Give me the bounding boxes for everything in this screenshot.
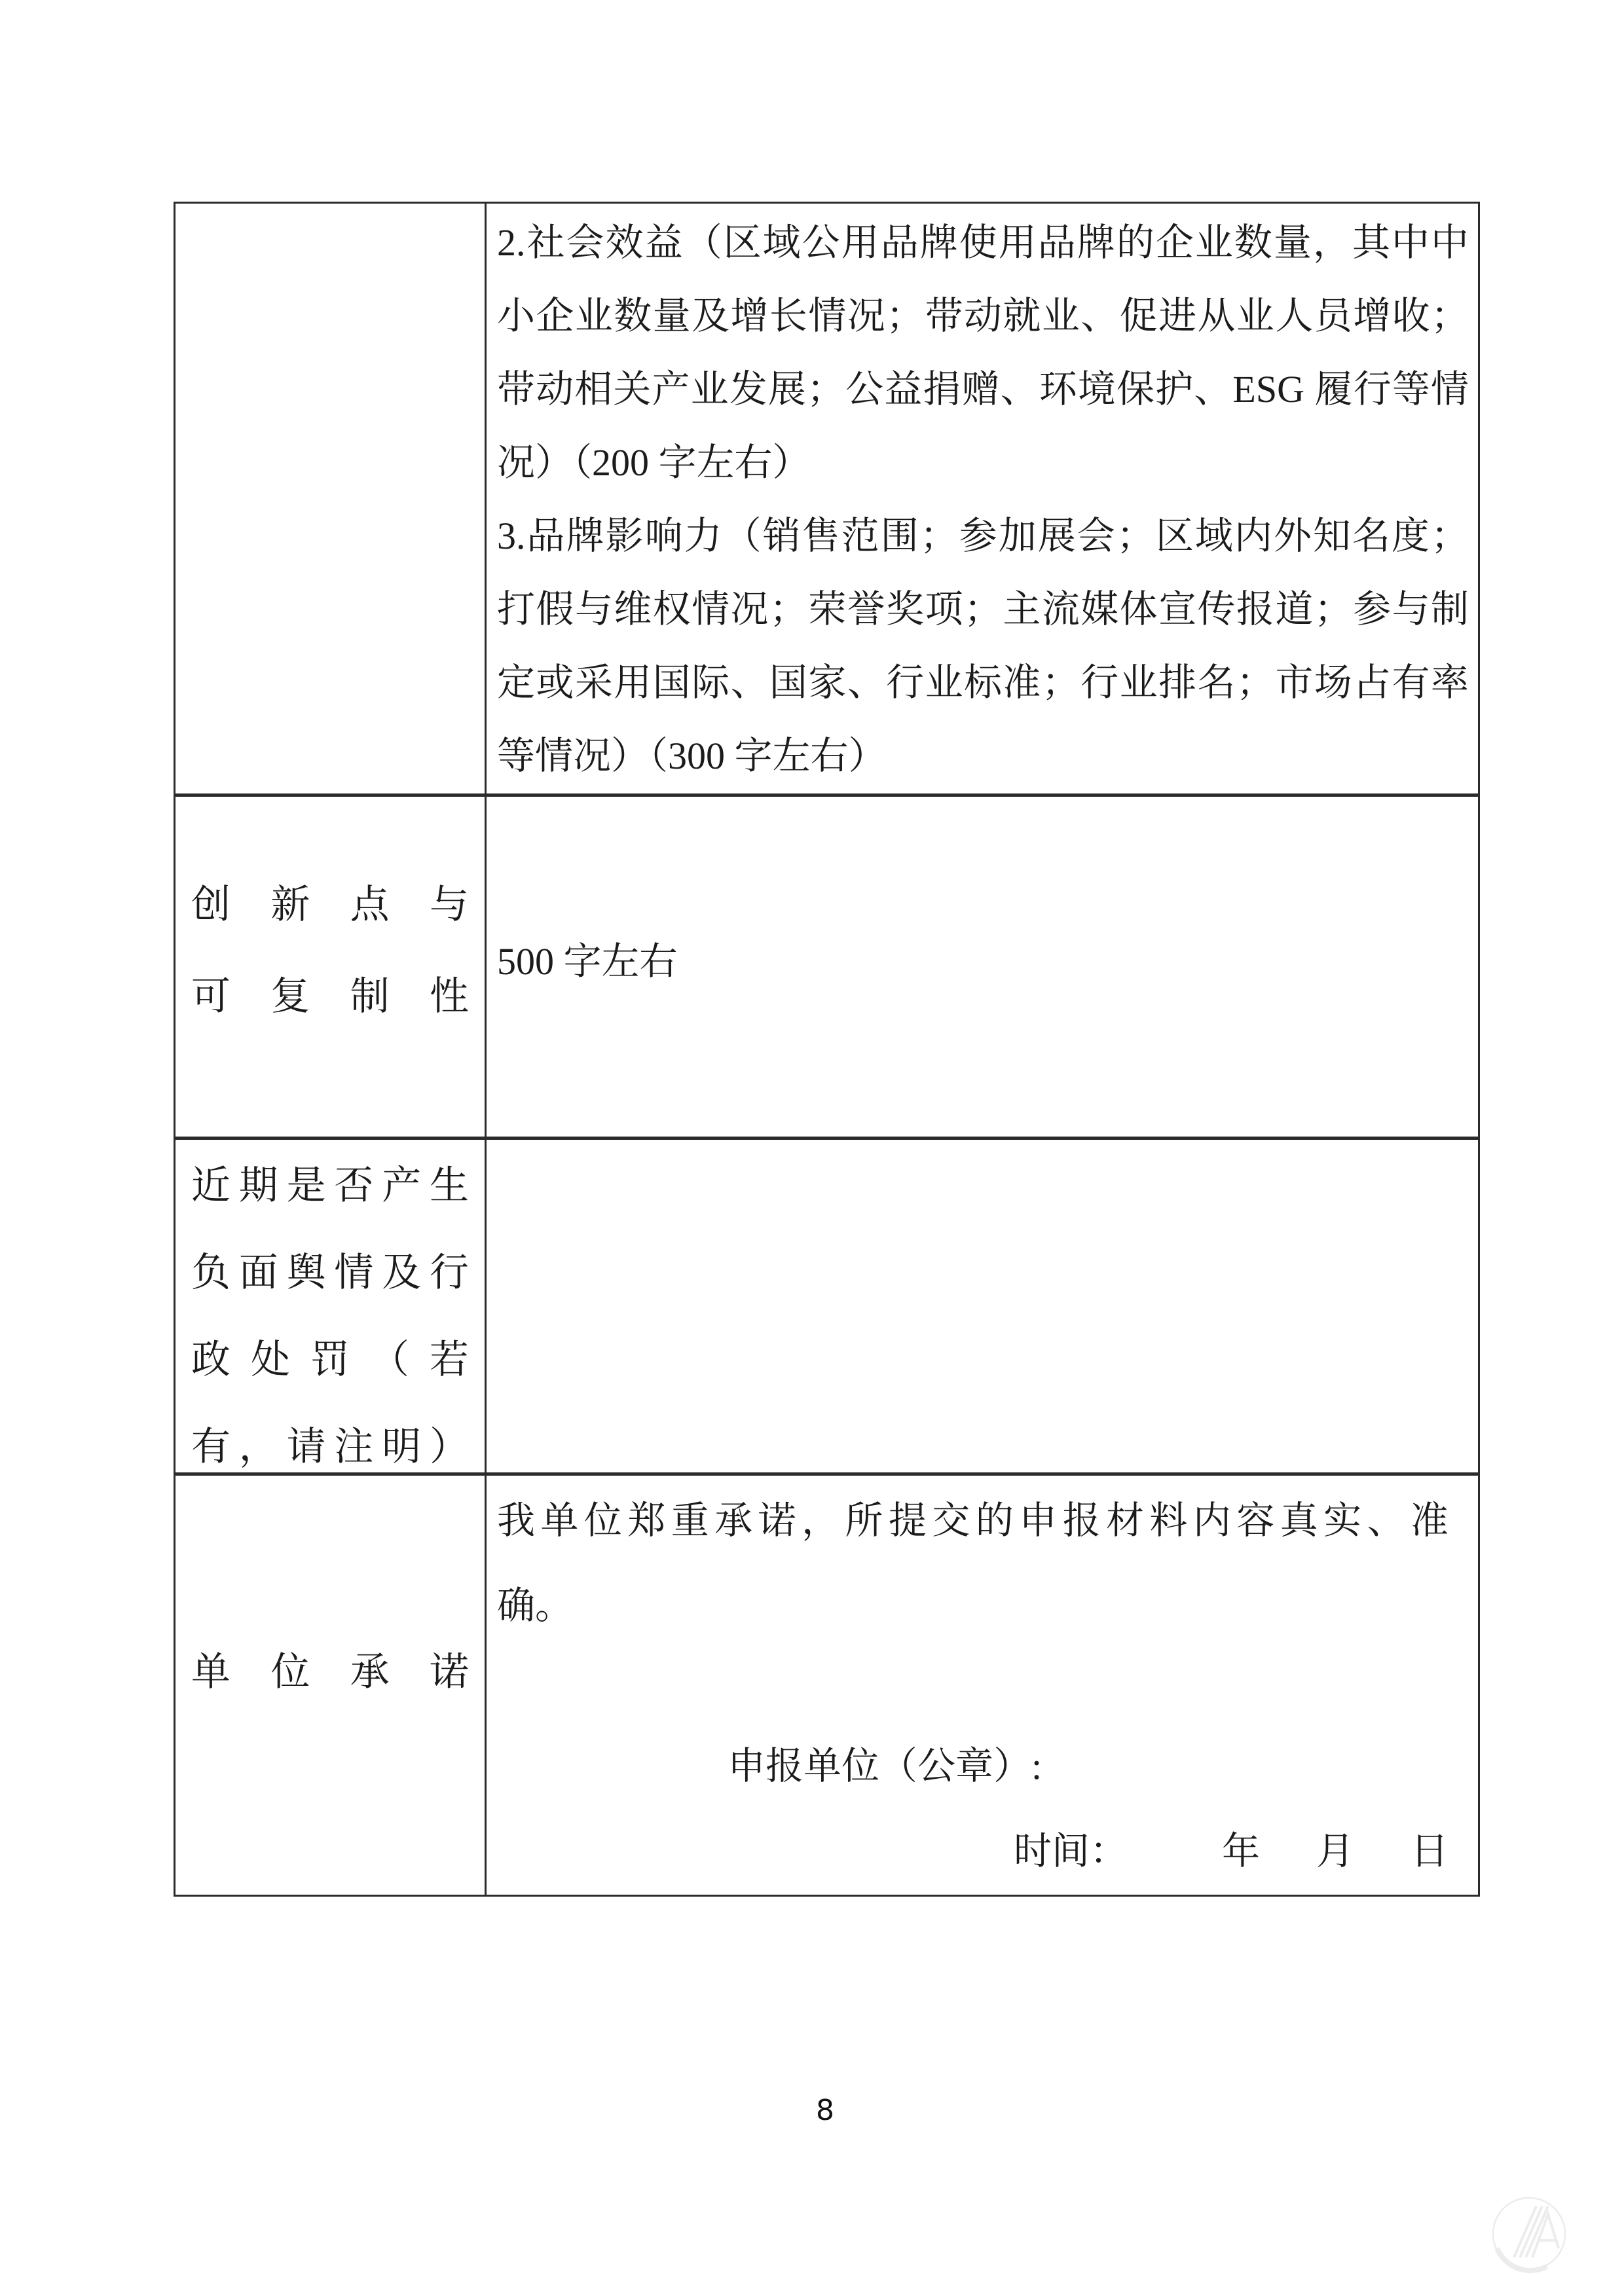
content-line: 2.社会效益（区域公用品牌使用品牌的企业数量，其中中 [497,206,1469,280]
row4-label-cell: 单位承诺 [175,1476,487,1895]
content-line: 况）（200 字左右） [497,426,1469,500]
application-form-table: 2.社会效益（区域公用品牌使用品牌的企业数量，其中中 小企业数量及增长情况；带动… [174,202,1480,1897]
row1-content-cell: 2.社会效益（区域公用品牌使用品牌的企业数量，其中中 小企业数量及增长情况；带动… [487,204,1478,793]
date-day-label: 日 [1411,1809,1449,1894]
row4-content-cell: 我单位郑重承诺，所提交的申报材料内容真实、准 确。 申报单位（公章）: 时间： … [487,1476,1478,1895]
signature-line: 申报单位（公章）: [497,1724,1449,1809]
signature-label: 申报单位（公章）: [728,1745,1042,1787]
content-line: 小企业数量及增长情况；带动就业、促进从业人员增收； [497,280,1469,353]
content-line: 带动相关产业发展；公益捐赠、环境保护、ESG 履行等情 [497,353,1469,426]
word-count-hint: 500 字左右 [497,930,678,985]
date-month-label: 月 [1316,1809,1354,1894]
content-line: 等情况）（300 字左右） [497,720,1469,793]
row-label: 政处罚（若 [191,1317,469,1404]
content-line: 打假与维权情况；荣誉奖项；主流媒体宣传报道；参与制 [497,573,1469,646]
table-row-pledge: 单位承诺 我单位郑重承诺，所提交的申报材料内容真实、准 确。 申报单位（公章）:… [175,1472,1478,1895]
content-line: 3.品牌影响力（销售范围；参加展会；区域内外知名度； [497,500,1469,573]
table-row-negative-publicity: 近期是否产生 负面舆情及行 政处罚（若 有，请注明） [175,1137,1478,1472]
row-label: 负面舆情及行 [191,1230,469,1317]
date-line: 时间： 年 月 日 [497,1809,1449,1894]
page-number: 8 [13,2094,1624,2127]
row2-content-cell: 500 字左右 [487,797,1478,1137]
scanned-form-page: 2.社会效益（区域公用品牌使用品牌的企业数量，其中中 小企业数量及增长情况；带动… [0,0,1624,2296]
row3-label-cell: 近期是否产生 负面舆情及行 政处罚（若 有，请注明） [175,1140,487,1472]
row3-content-cell-empty [487,1140,1478,1472]
pledge-text-line: 确。 [497,1563,1449,1649]
row-label: 近期是否产生 [191,1142,469,1230]
row-label: 单位承诺 [191,1643,469,1702]
table-row-continuation: 2.社会效益（区域公用品牌使用品牌的企业数量，其中中 小企业数量及增长情况；带动… [175,204,1478,793]
table-row-innovation: 创新点与 可复制性 500 字左右 [175,793,1478,1137]
content-line: 定或采用国际、国家、行业标准；行业排名；市场占有率 [497,646,1469,720]
watermark-logo-icon [1490,2193,1570,2280]
row-label: 创新点与 [191,859,469,951]
row2-label-cell: 创新点与 可复制性 [175,797,487,1137]
row-label: 可复制性 [191,951,469,1042]
pledge-text-line: 我单位郑重承诺，所提交的申报材料内容真实、准 [497,1478,1449,1563]
row1-label-cell-empty [175,204,487,793]
date-prefix: 时间： [1014,1809,1128,1894]
date-year-label: 年 [1222,1809,1260,1894]
